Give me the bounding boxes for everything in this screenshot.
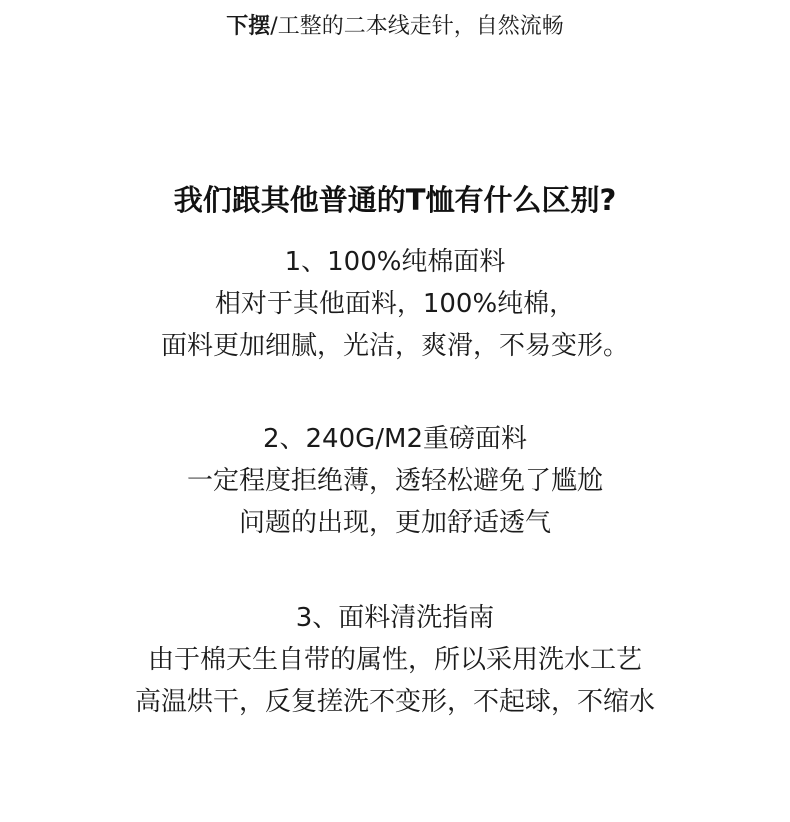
caption-separator: / (270, 14, 277, 39)
feature-description-line: 高温烘干，反复搓洗不变形，不起球，不缩水 (0, 681, 790, 723)
feature-title: 2、240G/M2重磅面料 (0, 418, 790, 460)
feature-section-cotton: 1、100%纯棉面料 相对于其他面料，100%纯棉， 面料更加细腻，光洁，爽滑，… (0, 241, 790, 367)
hem-description: 工整的二本线走针，自然流畅 (278, 14, 564, 39)
feature-description-line: 一定程度拒绝薄，透轻松避免了尴尬 (0, 460, 790, 502)
section-heading: 我们跟其他普通的T恤有什么区别? (0, 180, 790, 220)
feature-title: 1、100%纯棉面料 (0, 241, 790, 283)
feature-section-heavyweight: 2、240G/M2重磅面料 一定程度拒绝薄，透轻松避免了尴尬 问题的出现，更加舒… (0, 418, 790, 544)
feature-description-line: 相对于其他面料，100%纯棉， (0, 283, 790, 325)
feature-description-line: 由于棉天生自带的属性，所以采用洗水工艺 (0, 639, 790, 681)
hem-caption: 下摆/工整的二本线走针，自然流畅 (0, 12, 790, 42)
feature-description-line: 问题的出现，更加舒适透气 (0, 502, 790, 544)
feature-description-line: 面料更加细腻，光洁，爽滑，不易变形。 (0, 325, 790, 367)
hem-label: 下摆 (226, 14, 270, 39)
feature-title: 3、面料清洗指南 (0, 597, 790, 639)
feature-section-washing-guide: 3、面料清洗指南 由于棉天生自带的属性，所以采用洗水工艺 高温烘干，反复搓洗不变… (0, 597, 790, 723)
